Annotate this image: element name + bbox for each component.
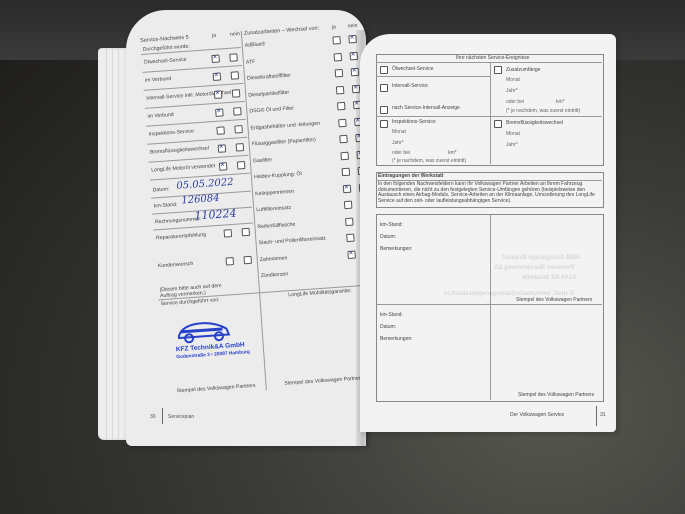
extra-item-label: Staub- und Pollenfiltereinsatz <box>258 236 326 247</box>
service-item-label: im Verbund <box>147 112 174 120</box>
ghost-line-4: E-mail: werkplaats@autogaragebrabant.nl <box>444 290 574 297</box>
repair-no-checkbox[interactable] <box>242 228 251 237</box>
service-yes-checkbox[interactable] <box>218 144 227 153</box>
service-no-checkbox[interactable] <box>232 89 241 98</box>
extra-item-label: AdBlue® <box>245 41 266 48</box>
extra-yes-checkbox[interactable] <box>342 168 351 177</box>
extra-item-label: ATF <box>246 59 256 66</box>
extra-yes-checkbox[interactable] <box>347 250 356 259</box>
page-number-left: 30 <box>150 414 156 420</box>
extra-yes-checkbox[interactable] <box>334 52 343 61</box>
workshop-text: In den folgenden Nachweisfeldern kann Ih… <box>378 182 600 204</box>
interval-service-label: Intervall-Service <box>392 83 428 89</box>
customer-wish-label: Kundenwunsch <box>158 261 194 269</box>
inspection-month: Monat <box>392 129 406 135</box>
extra-yes-checkbox[interactable] <box>336 85 345 94</box>
extra-scope-label: Zusatzumfänge <box>506 67 540 73</box>
extra-item-label: Haldex-Kupplung: Öl <box>254 171 302 180</box>
footer-right: Der Volkswagen Service <box>510 412 564 418</box>
service-yes-checkbox[interactable] <box>219 162 228 171</box>
brake-fluid-checkbox[interactable] <box>494 120 502 128</box>
extra-yes-checkbox[interactable] <box>339 135 348 144</box>
entry2-stamp-caption: Stempel des Volkswagen Partners <box>518 392 594 398</box>
service-record-form: Service-Nachweis 5 ja nein Durchgeführt … <box>140 23 389 438</box>
extra-yes-checkbox[interactable] <box>337 102 346 111</box>
inspection-km-unit: km* <box>448 150 457 156</box>
entry1-date: Datum: <box>380 234 396 240</box>
extra-item-label: Zündkerzen <box>261 271 289 279</box>
entry1-km: km-Stand: <box>380 222 403 228</box>
stamp-caption-left: Stempel des Volkswagen Partners <box>177 383 256 394</box>
inspection-checkbox[interactable] <box>380 120 388 128</box>
date-label: Datum: <box>152 186 169 193</box>
section-title: Service-Nachweis 5 <box>140 35 189 44</box>
ghost-line-2: Poelaren Marckhelweg 2A <box>494 264 574 271</box>
service-item-label: Inspektions-Service <box>149 128 195 137</box>
service-item-label: LongLife Motoröl verwendet <box>151 163 215 173</box>
extra-yes-checkbox[interactable] <box>340 151 349 160</box>
inspection-footnote: (* je nachdem, was zuerst eintritt) <box>392 158 466 164</box>
right-page: Ihre nächsten Service-Ereignisse Ölwechs… <box>360 34 616 432</box>
extra-year: Jahr* <box>506 88 518 94</box>
extras-col-no: nein <box>347 23 357 30</box>
date-value: 05.05.2022 <box>176 177 234 192</box>
inspection-or-at: oder bei <box>392 150 410 156</box>
extra-item-label: Zahnriemen <box>260 255 288 263</box>
workshop-title: Eintragungen der Werkstatt <box>378 173 443 179</box>
entry2-notes: Bemerkungen: <box>380 336 413 342</box>
extra-yes-checkbox[interactable] <box>344 201 353 210</box>
col-no: nein <box>230 31 240 38</box>
service-no-checkbox[interactable] <box>237 161 246 170</box>
extra-yes-checkbox[interactable] <box>332 36 341 45</box>
invoice-value: 110224 <box>194 207 237 223</box>
extras-title: Zusatzarbeiten – Wechsel von: <box>244 25 320 36</box>
repair-label: Reparaturempfehlung <box>156 232 206 241</box>
inspection-label: Inspektions-Service <box>392 119 436 125</box>
extra-yes-checkbox[interactable] <box>335 69 344 78</box>
service-no-checkbox[interactable] <box>234 125 243 134</box>
service-item-label: Bremsflüssigkeitswechsel <box>150 145 209 155</box>
interval-service-checkbox[interactable] <box>380 84 388 92</box>
extra-yes-checkbox[interactable] <box>338 118 347 127</box>
ghost-line-1: ABB Autogarage Brabant <box>502 254 580 261</box>
col-yes: ja <box>212 33 216 39</box>
oil-service-label: Ölwechsel-Service <box>392 66 433 72</box>
ghost-line-3: 5144 NZ Waalwijk <box>522 274 576 281</box>
wish-no-checkbox[interactable] <box>243 256 252 265</box>
extra-item-label: Dieselpartikelfilter <box>248 89 289 98</box>
extra-km-unit: km* <box>556 99 565 105</box>
brake-year: Jahr* <box>506 142 518 148</box>
extra-item-label: Flüssiggasfilter (Papierfilter) <box>251 137 316 147</box>
next-events-title: Ihre nächsten Service-Ereignisse <box>456 55 529 61</box>
service-yes-checkbox[interactable] <box>215 108 224 117</box>
extras-col-yes: ja <box>332 24 336 30</box>
extra-item-label: Gasfilter <box>253 157 273 164</box>
extra-item-label: Keilrippenriemen <box>255 188 294 197</box>
extra-footnote: (* je nachdem, was zuerst eintritt) <box>506 108 580 114</box>
service-item-label: Ölwechsel-Service <box>144 57 187 66</box>
left-page: Service-Nachweis 5 ja nein Durchgeführt … <box>126 10 366 446</box>
footer-left: Servicepian <box>168 414 194 420</box>
service-no-checkbox[interactable] <box>233 107 242 116</box>
extra-yes-checkbox[interactable] <box>345 217 354 226</box>
service-no-checkbox[interactable] <box>236 143 245 152</box>
service-yes-checkbox[interactable] <box>211 55 220 64</box>
entry1-stamp-caption: Stempel des Volkswagen Partners <box>516 297 592 303</box>
page-number-right: 31 <box>600 412 606 418</box>
service-no-checkbox[interactable] <box>229 53 238 62</box>
extra-month: Monat <box>506 77 520 83</box>
service-yes-checkbox[interactable] <box>216 126 225 135</box>
entry1-notes: Bemerkungen: <box>380 246 413 252</box>
extra-yes-checkbox[interactable] <box>346 234 355 243</box>
service-no-checkbox[interactable] <box>231 71 240 80</box>
entry2-date: Datum: <box>380 324 396 330</box>
extra-or-at: oder bei <box>506 99 524 105</box>
per-display-label: nach Service-Intervall-Anzeige <box>392 105 460 111</box>
service-yes-checkbox[interactable] <box>213 72 222 81</box>
repair-yes-checkbox[interactable] <box>224 229 233 238</box>
extra-item-label: Erdgasbehälter und -leitungen <box>250 120 320 131</box>
service-item-label: im Verbund <box>145 76 172 84</box>
wish-yes-checkbox[interactable] <box>226 257 235 266</box>
extra-item-label: Dieselkraftstofffilter <box>247 73 291 82</box>
workshop-stamp: KFZ Technik&A GmbH Godenstraße 3 • 20097… <box>174 315 257 370</box>
per-display-checkbox[interactable] <box>380 106 388 114</box>
stamp-caption-longlife: Stempel des Volkswagen Partners <box>284 375 363 386</box>
extra-item-label: DSG® Öl und Filter <box>249 105 294 114</box>
oil-service-checkbox[interactable] <box>380 66 388 74</box>
next-events-form: Ihre nächsten Service-Ereignisse Ölwechs… <box>376 54 602 404</box>
brake-fluid-label: Bremsflüssigkeitswechsel <box>506 120 563 126</box>
extra-item-label: Reifenfüllflasche <box>257 221 295 230</box>
service-yes-checkbox[interactable] <box>214 90 223 99</box>
entry2-km: km-Stand: <box>380 312 403 318</box>
inspection-year: Jahr* <box>392 140 404 146</box>
brake-month: Monat <box>506 131 520 137</box>
km-label: km-Stand: <box>154 202 178 210</box>
extra-yes-checkbox[interactable] <box>343 184 352 193</box>
extra-scope-checkbox[interactable] <box>494 66 502 74</box>
extra-item-label: Luftfiltereinsatz <box>256 205 291 213</box>
km-value: 126084 <box>181 193 220 207</box>
